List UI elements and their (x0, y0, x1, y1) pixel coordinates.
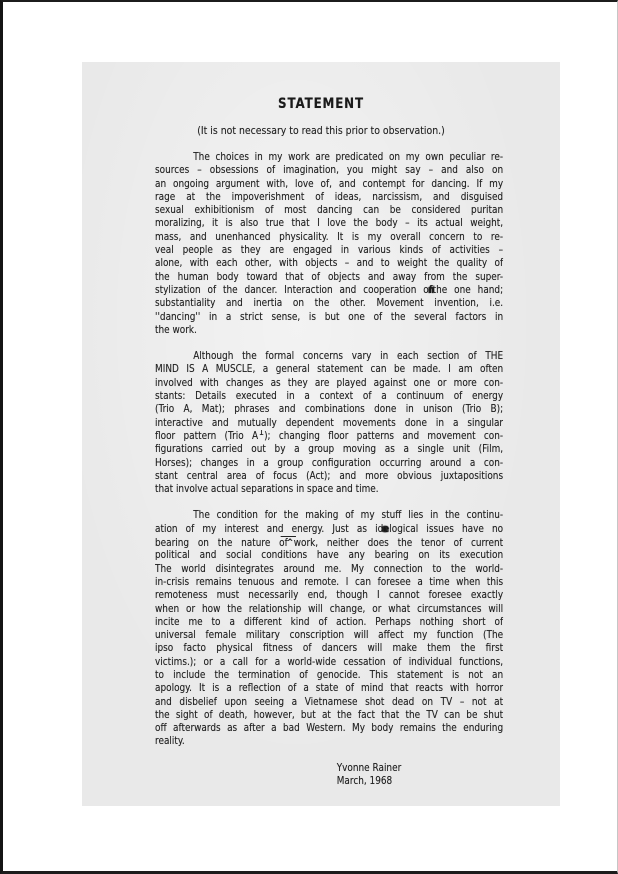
text-line: substantiality and inertia on the other.… (155, 297, 503, 310)
line-segment: the one hand; (433, 284, 503, 296)
text-line: sexual exhibitionism of most dancing can… (155, 204, 503, 217)
paper-page: STATEMENT (It is not necessary to read t… (82, 62, 560, 806)
page-content: STATEMENT (It is not necessary to read t… (82, 62, 560, 789)
text-line: moralizing, it is also true that I love … (155, 217, 503, 230)
signature-date: March, 1968 (337, 775, 503, 789)
text-line: Horses); changes in a group configuratio… (155, 457, 503, 470)
page-title: STATEMENT (82, 96, 560, 112)
text-line: the work. (155, 324, 503, 337)
document-scan: { "colors": { "background": "#ffffff", "… (0, 0, 618, 874)
line-segment: ation of my interest and energy. Just as… (155, 523, 383, 535)
page-subtitle: (It is not necessary to read this prior … (82, 124, 560, 137)
line-segment: stylization of the dancer. Interaction a… (155, 284, 429, 296)
text-line: an ongoing argument with, love of, and c… (155, 178, 503, 191)
text-line: (Trio A, Mat); phrases and combinations … (155, 403, 503, 416)
text-line: incite me to a different kind of action.… (155, 616, 503, 629)
text-line: remoteness must necessarily end, though … (155, 589, 503, 602)
paragraph: The condition for the making of my stuff… (155, 509, 503, 748)
text-line: veal people as they are engaged in vario… (155, 244, 503, 257)
overstrike-correction: fn (429, 284, 433, 297)
text-line: ''dancing'' in a strict sense, is but on… (155, 311, 503, 324)
paragraph: The choices in my work are predicated on… (155, 151, 503, 337)
text-line: victims.); or a call for a world-wide ce… (155, 656, 503, 669)
text-line: rage at the impoverishment of ideas, nar… (155, 191, 503, 204)
superscript-numeral: 1 (259, 430, 264, 439)
text-line: MIND IS A MUSCLE, a general statement ca… (155, 363, 503, 376)
text-line: political and social conditions have any… (155, 549, 503, 562)
text-line: that involve actual separations in space… (155, 483, 503, 496)
text-line: The condition for the making of my stuff… (155, 509, 503, 522)
line-segment: logical issues have no (389, 523, 503, 535)
text-line: involved with changes as they are played… (155, 377, 503, 390)
overstrike-top-char: n (428, 284, 434, 297)
overtyped-blot: eo (383, 523, 389, 536)
line-segment: work, neither does the tenor of current (294, 537, 503, 549)
typed-insertion: the^ (288, 536, 294, 546)
inserted-word: the (281, 536, 296, 537)
text-line: alone, with each other, with objects – a… (155, 257, 503, 270)
text-line: when or how the relationship will change… (155, 603, 503, 616)
text-line: ation of my interest and energy. Just as… (155, 523, 503, 536)
text-line: in-crisis remains tenuous and remote. I … (155, 576, 503, 589)
text-line: stylization of the dancer. Interaction a… (155, 284, 503, 297)
paragraph: Although the formal concerns vary in eac… (155, 350, 503, 496)
text-line: stant central area of focus (Act); and m… (155, 470, 503, 483)
text-line: The choices in my work are predicated on… (155, 151, 503, 164)
overstrike-top-char: o (382, 523, 388, 536)
text-line: sources – obsessions of imagination, you… (155, 164, 503, 177)
line-segment: ); changing floor patterns and movement … (264, 430, 503, 442)
text-line: apology. It is a reflection of a state o… (155, 682, 503, 695)
text-line: stants: Details executed in a context of… (155, 390, 503, 403)
text-line: bearing on the nature ofthe^work, neithe… (155, 536, 503, 549)
text-line: universal female military conscription w… (155, 629, 503, 642)
line-segment: bearing on the nature of (155, 537, 288, 549)
caret-mark: ^ (287, 539, 293, 548)
text-line: mass, and unenhanced physicality. It is … (155, 231, 503, 244)
text-block: The choices in my work are predicated on… (155, 151, 503, 789)
text-line: the human body toward that of objects an… (155, 271, 503, 284)
text-line: to include the termination of genocide. … (155, 669, 503, 682)
text-line: ipso facto physical fitness of dancers w… (155, 642, 503, 655)
text-line: the sight of death, however, but at the … (155, 709, 503, 722)
text-line: floor pattern (Trio A1); changing floor … (155, 430, 503, 443)
text-line: and disbelief upon seeing a Vietnamese s… (155, 696, 503, 709)
signature-name: Yvonne Rainer (337, 762, 503, 776)
paragraphs-container: The choices in my work are predicated on… (155, 151, 503, 749)
text-line: interactive and mutually dependent movem… (155, 417, 503, 430)
text-line: reality. (155, 735, 503, 748)
text-line: The world disintegrates around me. My co… (155, 563, 503, 576)
text-line: off afterwards as after a bad Western. M… (155, 722, 503, 735)
text-line: figurations carried out by a group movin… (155, 443, 503, 456)
text-line: Although the formal concerns vary in eac… (155, 350, 503, 363)
line-segment: floor pattern (Trio A (155, 430, 258, 442)
signature-block: Yvonne Rainer March, 1968 (337, 762, 503, 789)
